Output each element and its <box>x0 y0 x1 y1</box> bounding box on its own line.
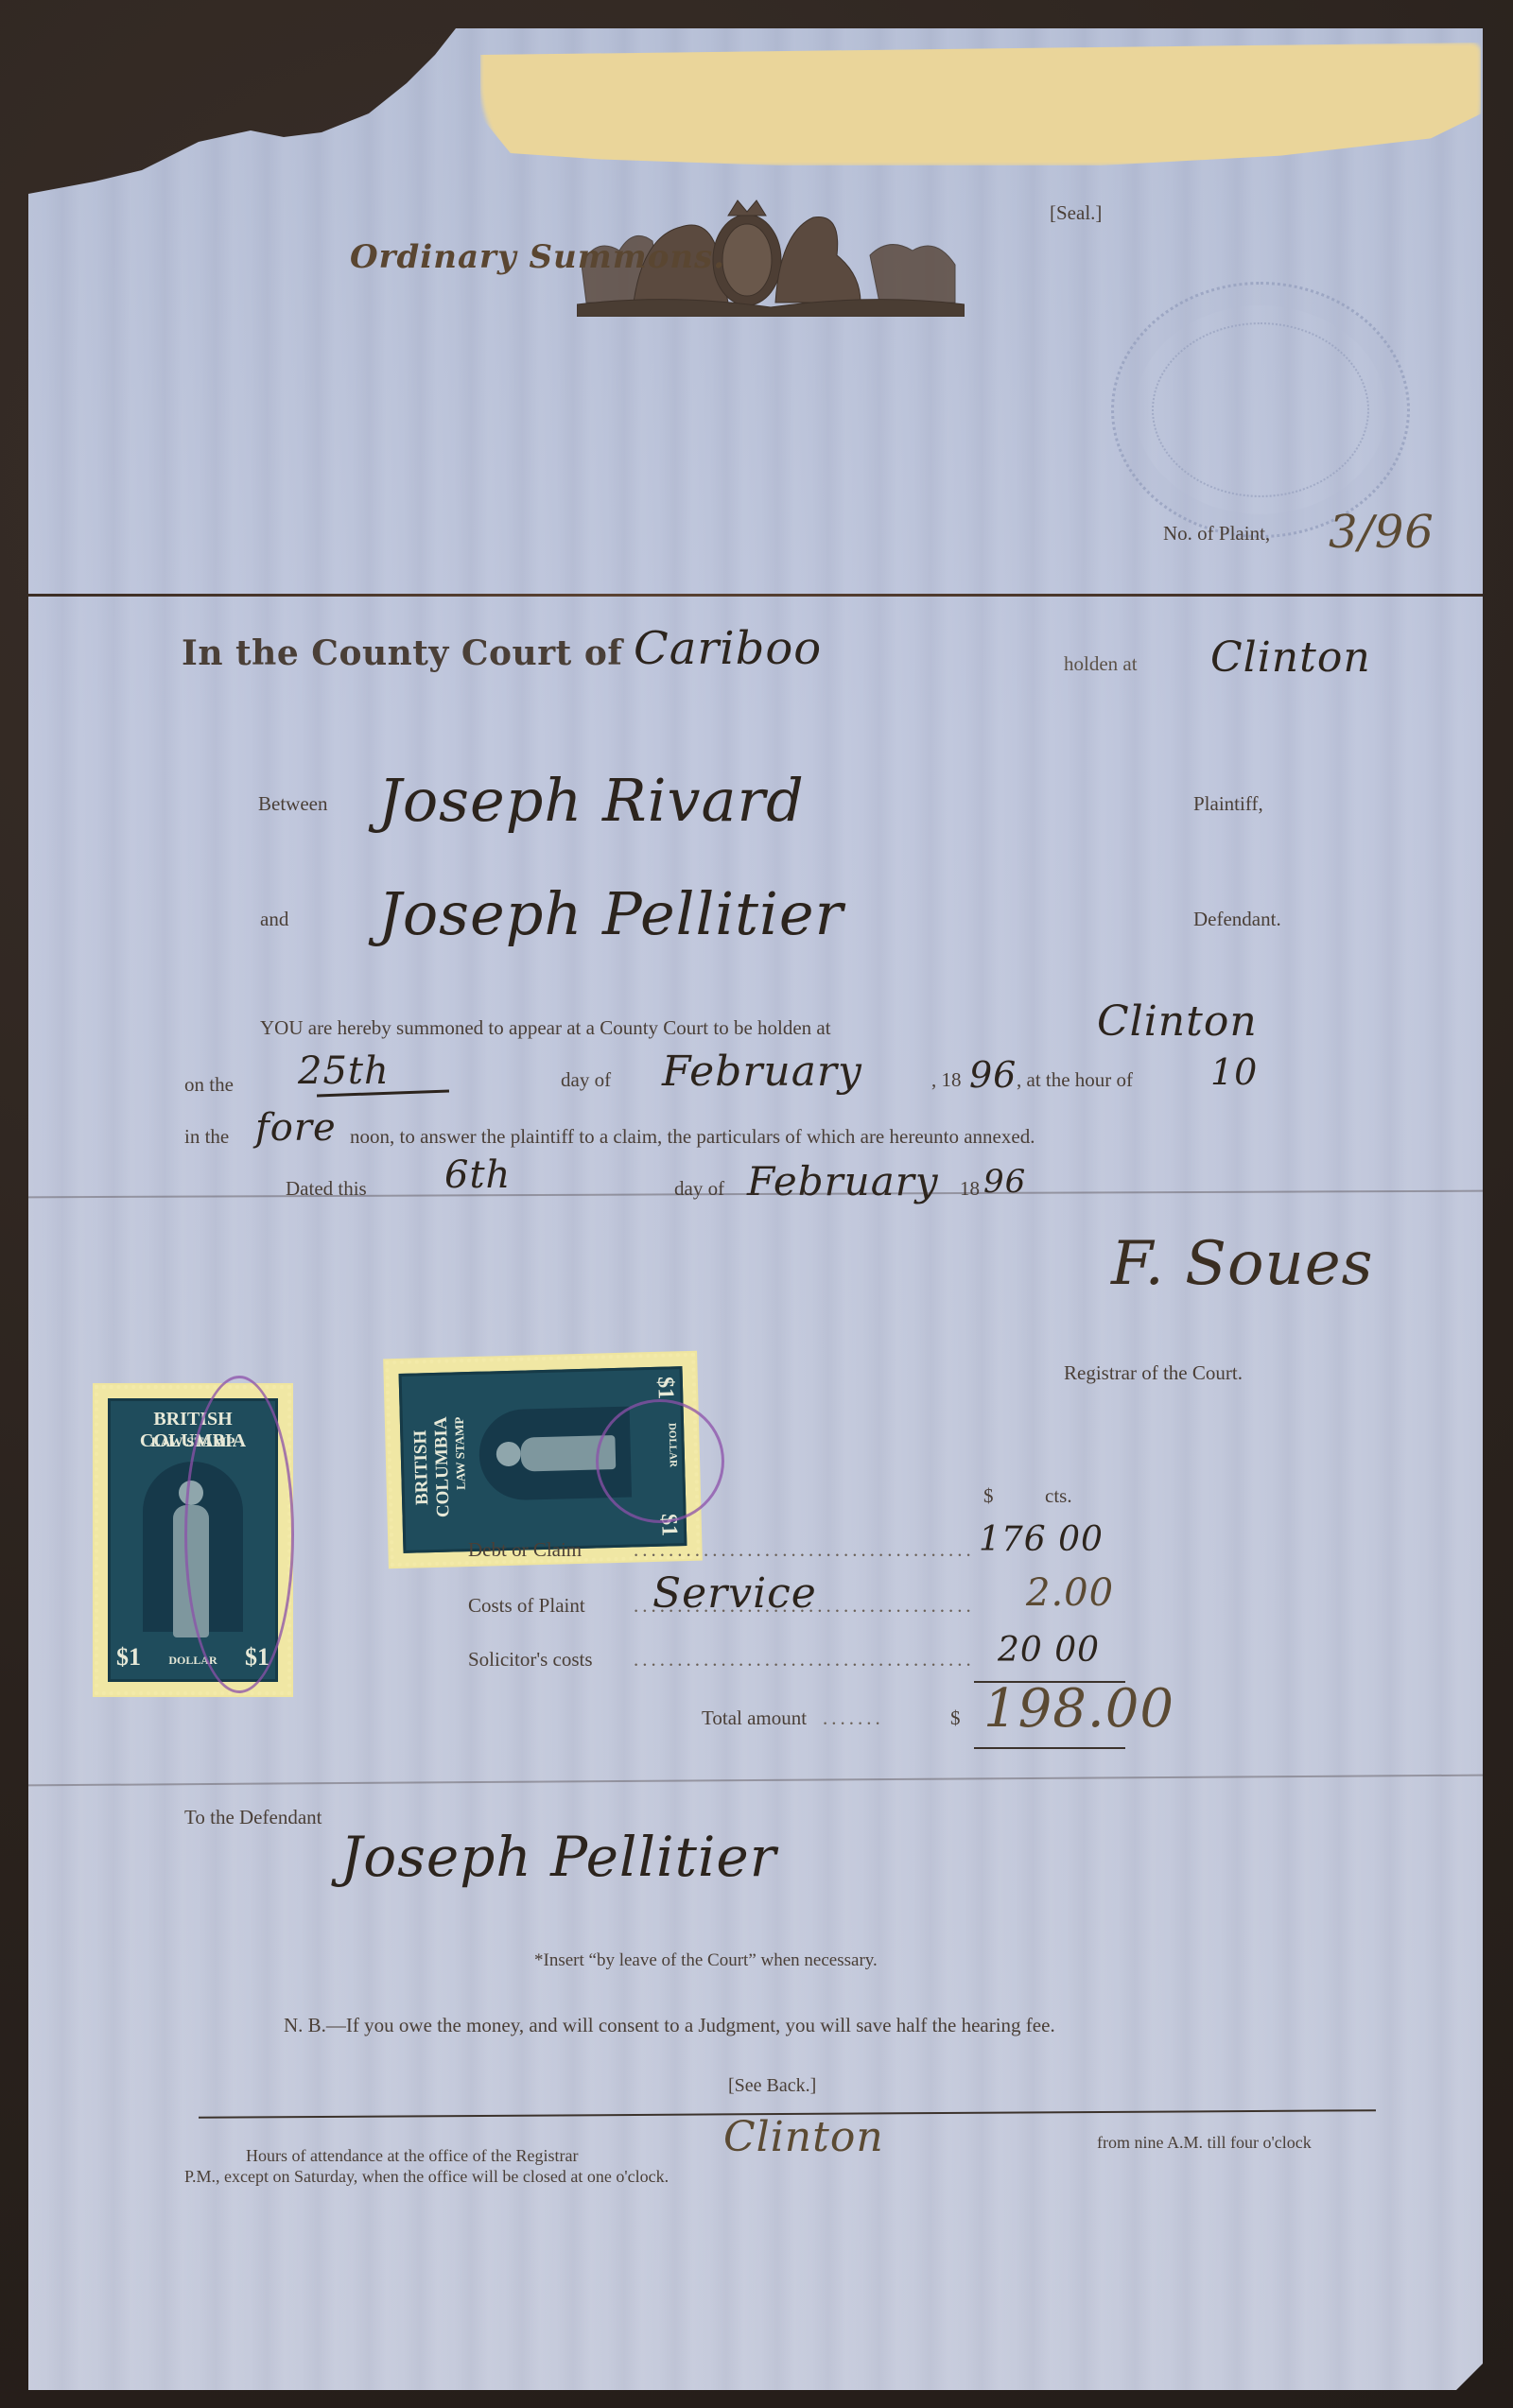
year-prefix: , 18 <box>931 1068 962 1092</box>
cents-header: cts. <box>1045 1484 1072 1508</box>
total-amount: 198.00 <box>983 1678 1174 1740</box>
and-label: and <box>260 908 288 931</box>
cost-amount: 2.00 <box>1026 1571 1114 1615</box>
fold-line <box>28 594 1483 597</box>
stamp-value: $1 <box>652 1377 678 1400</box>
document-title: Ordinary Summons. <box>350 238 725 276</box>
cost-amount: 176 00 <box>979 1520 1104 1559</box>
dated-label: Dated this <box>286 1177 367 1201</box>
to-defendant-label: To the Defendant <box>184 1806 322 1829</box>
fold-line <box>28 1775 1483 1787</box>
dated-month: February <box>747 1158 939 1204</box>
cost-label: Costs of Plaint <box>468 1594 585 1618</box>
stamp-region: BRITISH COLUMBIA <box>409 1382 456 1553</box>
hours-place: Clinton <box>723 2113 884 2161</box>
plaint-number: 3/96 <box>1329 506 1435 559</box>
dated-day-of: day of <box>674 1177 724 1201</box>
insert-note: *Insert “by leave of the Court” when nec… <box>534 1950 878 1971</box>
on-the-label: on the <box>184 1073 234 1097</box>
cost-note: Service <box>652 1569 817 1618</box>
leader-dots: ....................................... <box>634 1648 975 1672</box>
holden-label: holden at <box>1064 652 1138 676</box>
tape-stain <box>480 43 1481 165</box>
to-defendant-name: Joseph Pellitier <box>340 1825 776 1889</box>
embossed-seal-icon <box>1111 282 1410 538</box>
hearing-year-suffix: 96 <box>969 1054 1017 1096</box>
summons-place: Clinton <box>1097 997 1258 1046</box>
hours-line-1-end: from nine A.M. till four o'clock <box>1097 2133 1312 2153</box>
dated-year-suffix: 96 <box>983 1163 1026 1201</box>
plaintiff-label: Plaintiff, <box>1193 792 1263 816</box>
cost-label: Debt or Claim <box>468 1538 582 1562</box>
hours-line-2: P.M., except on Saturday, when the offic… <box>184 2167 669 2187</box>
dated-day: 6th <box>444 1153 511 1197</box>
fore-word: fore <box>255 1106 337 1150</box>
cancellation-mark <box>596 1399 724 1523</box>
dollar-header: $ <box>983 1484 994 1508</box>
leader-dots: ....... <box>823 1706 884 1730</box>
hours-line-1: Hours of attendance at the office of the… <box>246 2146 579 2166</box>
total-currency: $ <box>950 1706 961 1730</box>
summons-paper: Ordinary Summons. [Seal.] No. of Plaint,… <box>28 28 1485 2390</box>
total-label: Total amount <box>702 1706 807 1730</box>
in-the-label: in the <box>184 1125 229 1149</box>
leader-dots: ....................................... <box>634 1538 975 1562</box>
cost-label: Solicitor's costs <box>468 1648 593 1672</box>
day-of-label: day of <box>561 1068 611 1092</box>
registrar-label: Registrar of the Court. <box>1064 1361 1243 1385</box>
stamp-type: LAW STAMP <box>451 1377 470 1529</box>
seal-label: [Seal.] <box>1050 201 1102 225</box>
court-heading: In the County Court of <box>182 633 622 673</box>
total-rule <box>974 1747 1125 1749</box>
hearing-hour: 10 <box>1210 1051 1258 1093</box>
summons-text: YOU are hereby summoned to appear at a C… <box>260 1016 831 1040</box>
defendant-label: Defendant. <box>1193 908 1281 931</box>
hour-label: , at the hour of <box>1017 1068 1133 1092</box>
court-district: Cariboo <box>634 622 822 675</box>
cancellation-mark <box>184 1376 294 1693</box>
hearing-day: 25th <box>298 1049 390 1093</box>
plaintiff-name: Joseph Rivard <box>378 766 805 835</box>
see-back: [See Back.] <box>728 2075 816 2097</box>
plaint-label: No. of Plaint, <box>1163 522 1270 546</box>
dated-year-prefix: 18 <box>960 1177 980 1201</box>
between-label: Between <box>258 792 327 816</box>
hearing-month: February <box>662 1048 862 1096</box>
noon-text: noon, to answer the plaintiff to a claim… <box>350 1125 1035 1149</box>
defendant-name: Joseph Pellitier <box>378 879 843 948</box>
nb-note: N. B.—If you owe the money, and will con… <box>284 2014 1055 2037</box>
holden-place: Clinton <box>1210 633 1371 682</box>
cost-amount: 20 00 <box>998 1631 1100 1670</box>
registrar-signature: F. Soues <box>1111 1229 1373 1299</box>
